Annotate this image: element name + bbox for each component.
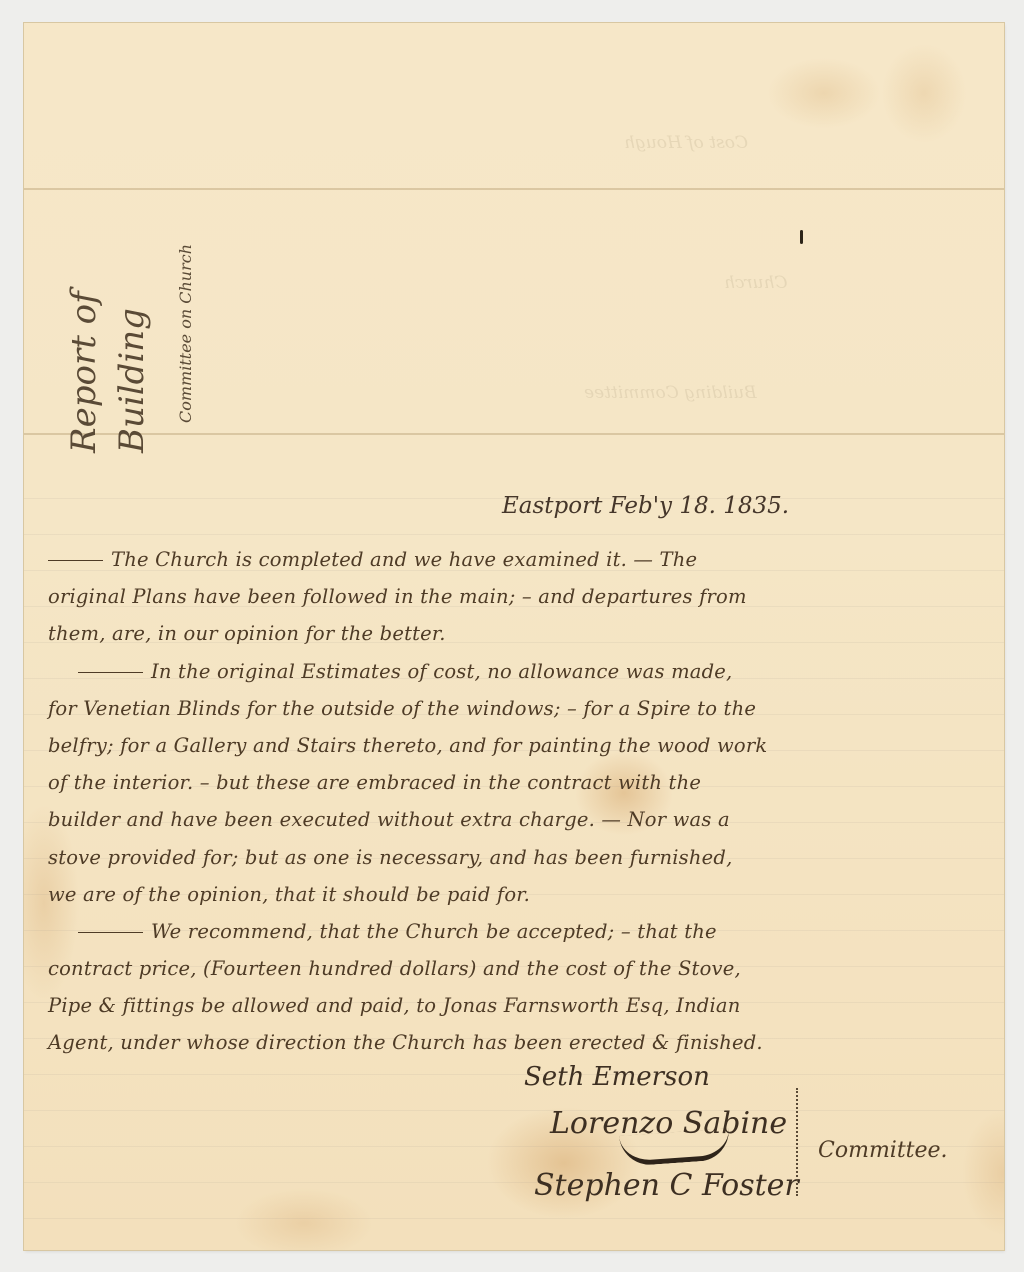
bleed-through-text: Cost of Hough xyxy=(624,133,748,153)
body-line: Agent, under whose direction the Church … xyxy=(48,1024,1008,1061)
body-line: contract price, (Fourteen hundred dollar… xyxy=(48,950,1008,987)
body-line: of the interior. – but these are embrace… xyxy=(48,764,1008,801)
ink-mark xyxy=(800,230,803,244)
signature-stephen-foster: Stephen C Foster xyxy=(534,1168,799,1203)
body-line: Pipe & fittings be allowed and paid, to … xyxy=(48,987,1008,1024)
docket-line-report: Report of xyxy=(64,291,104,453)
letter-body: The Church is completed and we have exam… xyxy=(48,541,1008,1062)
bleed-through-text: Church xyxy=(724,273,788,293)
signature-flourish xyxy=(619,1128,731,1167)
body-line: belfry; for a Gallery and Stairs thereto… xyxy=(48,727,1008,764)
body-line: them, are, in our opinion for the better… xyxy=(48,615,1008,652)
body-line: original Plans have been followed in the… xyxy=(48,578,1008,615)
dateline: Eastport Feb'y 18. 1835. xyxy=(502,493,789,519)
body-line: We recommend, that the Church be accepte… xyxy=(48,913,1008,950)
docket-line-committee: Committee on Church xyxy=(176,244,195,423)
body-line: The Church is completed and we have exam… xyxy=(48,541,1008,578)
body-line: stove provided for; but as one is necess… xyxy=(48,839,1008,876)
fold-line-upper xyxy=(24,188,1004,190)
docket-endorsement: Report of Building Committee on Church xyxy=(64,203,254,463)
committee-label: Committee. xyxy=(818,1138,948,1163)
body-line: for Venetian Blinds for the outside of t… xyxy=(48,690,1008,727)
brace-mark xyxy=(796,1088,806,1196)
signature-block: Seth Emerson Lorenzo Sabine Stephen C Fo… xyxy=(500,1062,1000,1242)
signature-seth-emerson: Seth Emerson xyxy=(524,1062,710,1092)
docket-line-building: Building xyxy=(112,308,152,453)
body-line: builder and have been executed without e… xyxy=(48,801,1008,838)
bleed-through-text: Building Committee xyxy=(584,383,757,403)
body-line: we are of the opinion, that it should be… xyxy=(48,876,1008,913)
body-line: In the original Estimates of cost, no al… xyxy=(48,653,1008,690)
